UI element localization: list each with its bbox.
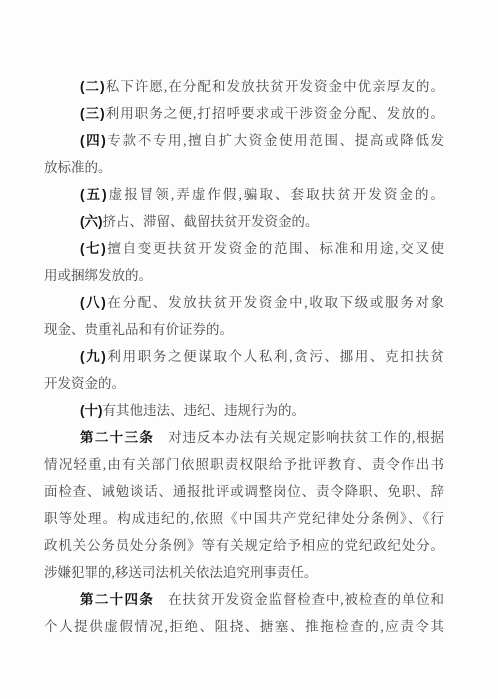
line-text: 开发资金的。 <box>44 376 125 391</box>
line-text: 情况轻重,由有关部门依照职责权限给予批评教育、责令作出书 <box>44 457 444 472</box>
line-text: 利用职务之便谋取个人私利,贪污、挪用、克扣扶贫 <box>106 349 444 364</box>
line-text: 虚报冒领,弄虚作假,骗取、套取扶贫开发资金的。 <box>107 187 444 202</box>
line-text: 有其他违法、违纪、违规行为的。 <box>103 403 306 418</box>
line-text: 专款不专用,擅自扩大资金使用范围、提高或降低发 <box>106 133 444 148</box>
document-page: (二)私下许愿,在分配和发放扶贫开发资金中优亲厚友的。(三)利用职务之便,打招呼… <box>0 0 498 699</box>
line-text: 面检查、诫勉谈话、通报批评或调整岗位、责令降职、免职、辞 <box>44 484 444 499</box>
line-text: 利用职务之便,打招呼要求或干涉资金分配、发放的。 <box>105 106 444 121</box>
item-number: (五) <box>80 187 107 202</box>
text-line: 情况轻重,由有关部门依照职责权限给予批评教育、责令作出书 <box>44 451 444 478</box>
text-line: (四)专款不专用,擅自扩大资金使用范围、提高或降低发 <box>44 127 444 154</box>
line-text: 职等处理。构成违纪的,依照《中国共产党纪律处分条例》、《行 <box>44 511 444 526</box>
text-line: 用或捆绑发放的。 <box>44 262 444 289</box>
line-text: 政机关公务员处分条例》等有关规定给予相应的党纪政纪处分。 <box>44 538 444 553</box>
text-line: (五)虚报冒领,弄虚作假,骗取、套取扶贫开发资金的。 <box>44 181 444 208</box>
text-line: (九)利用职务之便谋取个人私利,贪污、挪用、克扣扶贫 <box>44 343 444 370</box>
line-text: 在分配、发放扶贫开发资金中,收取下级或服务对象 <box>106 295 444 310</box>
line-text: 私下许愿,在分配和发放扶贫开发资金中优亲厚友的。 <box>105 79 444 94</box>
item-number: (七) <box>80 241 106 256</box>
item-number: (九) <box>80 349 106 364</box>
line-text: 擅自变更扶贫开发资金的范围、标准和用途,交叉使 <box>106 241 444 256</box>
text-line: 政机关公务员处分条例》等有关规定给予相应的党纪政纪处分。 <box>44 532 444 559</box>
text-line: (六)挤占、滞留、截留扶贫开发资金的。 <box>44 208 444 235</box>
line-text: 对违反本办法有关规定影响扶贫工作的,根据 <box>168 430 444 445</box>
item-number: (八) <box>80 295 106 310</box>
text-line: 第二十四条在扶贫开发资金监督检查中,被检查的单位和 <box>44 586 444 613</box>
text-line: 第二十三条对违反本办法有关规定影响扶贫工作的,根据 <box>44 424 444 451</box>
item-number: (二) <box>80 79 105 94</box>
article-number: 第二十四条 <box>80 592 154 607</box>
article-number: 第二十三条 <box>80 430 154 445</box>
line-text: 涉嫌犯罪的,移送司法机关依法追究刑事责任。 <box>44 565 317 580</box>
text-line: (七)擅自变更扶贫开发资金的范围、标准和用途,交叉使 <box>44 235 444 262</box>
item-number: (三) <box>80 106 105 121</box>
document-text: (二)私下许愿,在分配和发放扶贫开发资金中优亲厚友的。(三)利用职务之便,打招呼… <box>44 73 444 640</box>
text-line: 职等处理。构成违纪的,依照《中国共产党纪律处分条例》、《行 <box>44 505 444 532</box>
text-line: 涉嫌犯罪的,移送司法机关依法追究刑事责任。 <box>44 559 444 586</box>
text-line: (三)利用职务之便,打招呼要求或干涉资金分配、发放的。 <box>44 100 444 127</box>
item-number: (六) <box>80 214 103 229</box>
text-line: 现金、贵重礼品和有价证券的。 <box>44 316 444 343</box>
line-text: 个人提供虚假情况,拒绝、阻挠、搪塞、推拖检查的,应责令其 <box>44 619 444 634</box>
text-line: 个人提供虚假情况,拒绝、阻挠、搪塞、推拖检查的,应责令其 <box>44 613 444 640</box>
text-line: 面检查、诫勉谈话、通报批评或调整岗位、责令降职、免职、辞 <box>44 478 444 505</box>
text-line: 开发资金的。 <box>44 370 444 397</box>
line-text: 在扶贫开发资金监督检查中,被检查的单位和 <box>168 592 444 607</box>
text-line: (十)有其他违法、违纪、违规行为的。 <box>44 397 444 424</box>
text-line: (八)在分配、发放扶贫开发资金中,收取下级或服务对象 <box>44 289 444 316</box>
text-line: 放标准的。 <box>44 154 444 181</box>
line-text: 挤占、滞留、截留扶贫开发资金的。 <box>103 214 319 229</box>
line-text: 用或捆绑发放的。 <box>44 268 152 283</box>
item-number: (四) <box>80 133 106 148</box>
text-line: (二)私下许愿,在分配和发放扶贫开发资金中优亲厚友的。 <box>44 73 444 100</box>
line-text: 放标准的。 <box>44 160 112 175</box>
item-number: (十) <box>80 403 103 418</box>
line-text: 现金、贵重礼品和有价证券的。 <box>44 322 233 337</box>
